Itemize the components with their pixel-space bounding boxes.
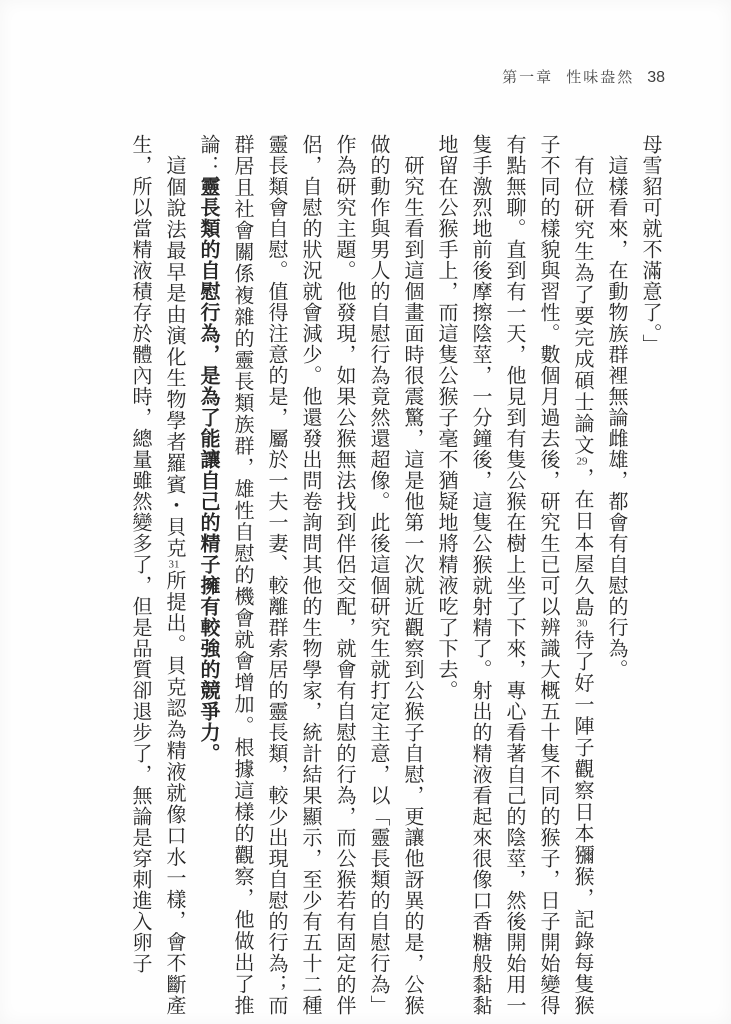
footnote-ref: 31 — [168, 559, 180, 570]
paragraph: 這個說法最早是由演化生物學者羅賓・貝克31所提出。貝克認為精液就像口水一樣，會不… — [123, 134, 191, 1016]
chapter-label: 第一章 — [502, 70, 553, 86]
paragraph: 研究生看到這個畫面時很震驚，這是他第一次就近觀察到公猴子自慰，更讓他訝異的是，公… — [191, 134, 429, 1016]
paragraph: 這樣看來，在動物族群裡無論雌雄，都會有自慰的行為。 — [599, 134, 633, 1016]
book-page: 第一章性味盎然38 母雪貂可就不滿意了。」這樣看來，在動物族群裡無論雌雄，都會有… — [0, 0, 731, 1024]
footnote-ref: 30 — [576, 618, 588, 630]
text-segment: 待了好一陣子觀察日本獼猴，記錄每隻猴子不同的樣貌與習性。數個月過去後，研究生已可… — [435, 134, 593, 1016]
running-header: 第一章性味盎然38 — [502, 66, 665, 87]
section-title: 性味盎然 — [566, 70, 634, 86]
text-body: 母雪貂可就不滿意了。」這樣看來，在動物族群裡無論雌雄，都會有自慰的行為。有位研究… — [123, 134, 667, 1016]
paragraph: 母雪貂可就不滿意了。」 — [633, 134, 667, 1016]
footnote-ref: 29 — [576, 456, 588, 468]
emphasis-text: 靈長類的自慰行為，是為了能讓自己的精子擁有較強的競爭力。 — [197, 176, 219, 764]
text-segment: 有位研究生為了要完成碩士論文 — [571, 155, 593, 456]
text-segment: 母雪貂可就不滿意了。」 — [639, 134, 661, 355]
text-segment: 這個說法最早是由演化生物學者羅賓・貝克 — [163, 155, 185, 559]
paragraph: 有位研究生為了要完成碩士論文29，在日本屋久島30待了好一陣子觀察日本獼猴，記錄… — [429, 134, 599, 1016]
page-number: 38 — [647, 69, 665, 86]
text-segment: 研究生看到這個畫面時很震驚，這是他第一次就近觀察到公猴子自慰，更讓他訝異的是，公… — [197, 134, 423, 1016]
text-segment: 這樣看來，在動物族群裡無論雌雄，都會有自慰的行為。 — [605, 155, 627, 680]
text-segment: ，在日本屋久島 — [571, 468, 593, 619]
